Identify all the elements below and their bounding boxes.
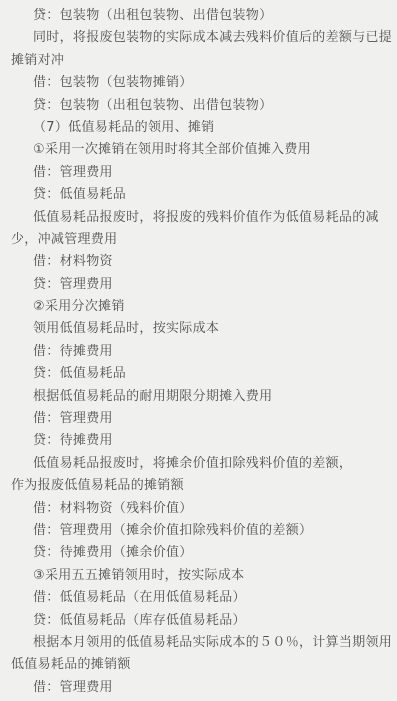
- text-line: 少，冲减管理费用: [11, 229, 389, 251]
- text-line: ②采用分次摊销: [11, 296, 389, 318]
- text-line: 借：材料物资（残料价值）: [11, 498, 389, 520]
- text-line: 贷：低值易耗品（库存低值易耗品）: [11, 610, 389, 632]
- text-line: 同时，将报废包装物的实际成本减去残料价值后的差额与已提: [11, 27, 389, 49]
- text-line: 低值易耗品报废时，将报废的残料价值作为低值易耗品的减: [11, 207, 389, 229]
- text-line: ③采用五五摊销领用时，按实际成本: [11, 565, 389, 587]
- text-line: 借：管理费用: [11, 408, 389, 430]
- text-line: 借：包装物（包装物摊销）: [11, 72, 389, 94]
- text-line: 借：待摊费用: [11, 341, 389, 363]
- text-line: 低值易耗品的摊销额: [11, 654, 389, 676]
- text-line: 借：管理费用: [11, 677, 389, 699]
- text-line: 贷：包装物（出租包装物、出借包装物）: [11, 5, 389, 27]
- text-line: 作为报废低值易耗品的摊销额: [11, 475, 389, 497]
- text-line: 借：材料物资: [11, 251, 389, 273]
- text-line: 贷：待摊费用（摊余价值）: [11, 542, 389, 564]
- document-body: 贷：包装物（出租包装物、出借包装物）同时，将报废包装物的实际成本减去残料价值后的…: [11, 5, 389, 699]
- text-line: 根据低值易耗品的耐用期限分期摊入费用: [11, 386, 389, 408]
- text-line: 领用低值易耗品时，按实际成本: [11, 318, 389, 340]
- text-line: 贷：低值易耗品: [11, 363, 389, 385]
- text-line: 贷：低值易耗品: [11, 184, 389, 206]
- text-line: 借：管理费用: [11, 162, 389, 184]
- text-line: 贷：待摊费用: [11, 430, 389, 452]
- text-line: ①采用一次摊销在领用时将其全部价值摊入费用: [11, 139, 389, 161]
- text-line: 低值易耗品报废时，将摊余价值扣除残料价值的差额，: [11, 453, 389, 475]
- text-line: 摊销对冲: [11, 50, 389, 72]
- document-page: 贷：包装物（出租包装物、出借包装物）同时，将报废包装物的实际成本减去残料价值后的…: [0, 0, 397, 701]
- text-line: 贷：包装物（出租包装物、出借包装物）: [11, 95, 389, 117]
- text-line: 贷：管理费用: [11, 274, 389, 296]
- text-line: 借：低值易耗品（在用低值易耗品）: [11, 587, 389, 609]
- text-line: 借：管理费用（摊余价值扣除残料价值的差额）: [11, 520, 389, 542]
- text-line: （7）低值易耗品的领用、摊销: [11, 117, 389, 139]
- text-line: 根据本月领用的低值易耗品实际成本的５０％，计算当期领用: [11, 632, 389, 654]
